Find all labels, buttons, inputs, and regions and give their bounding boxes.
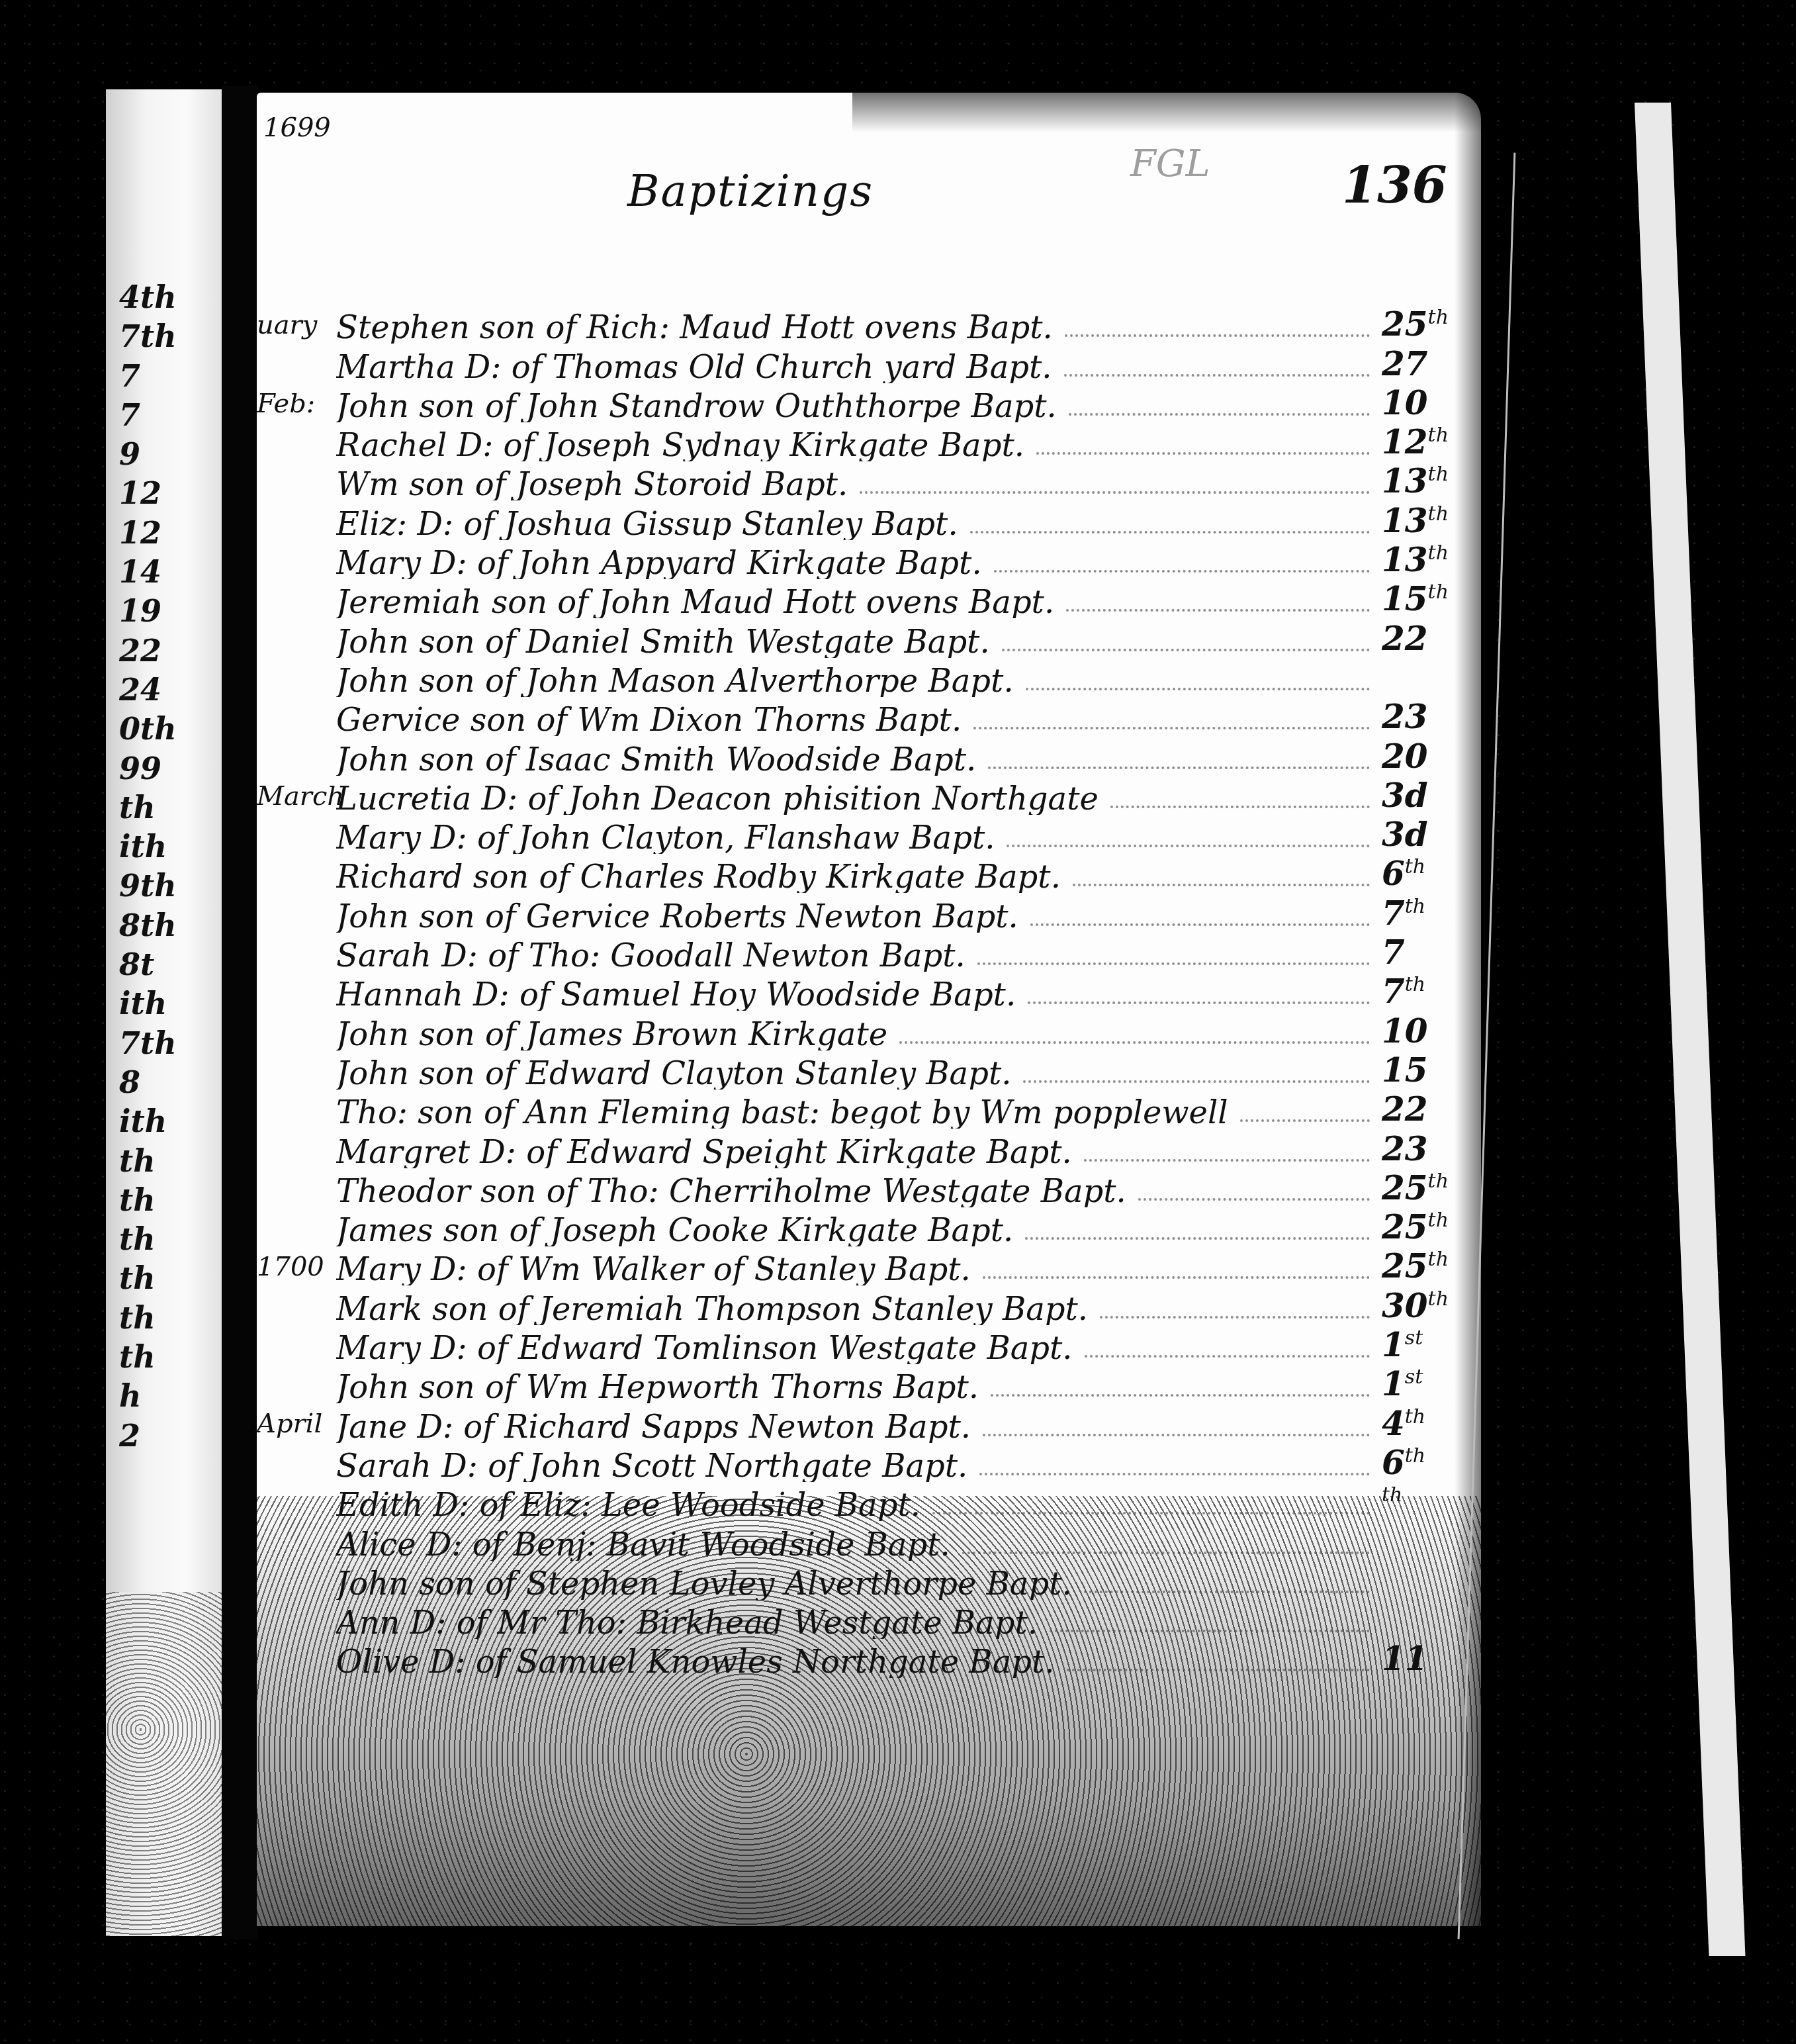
entry-text: John son of James Brown Kirkgate <box>336 1019 887 1050</box>
previous-page-date: 24 <box>119 671 218 710</box>
entry-day: 15th <box>1382 579 1461 618</box>
day-suffix: th <box>1428 1170 1449 1193</box>
entry-text: Lucretia D: of John Deacon phisition Nor… <box>336 783 1099 815</box>
dotted-leader <box>994 570 1370 573</box>
baptism-entry: Tho: son of Ann Fleming bast: begot by W… <box>336 1090 1461 1129</box>
previous-page-date: ith <box>119 1102 218 1141</box>
entry-day: 23 <box>1382 1129 1461 1168</box>
previous-page-date: 19 <box>119 592 218 631</box>
entry-day: 23 <box>1382 697 1461 736</box>
entry-text: Mary D: of John Appyard Kirkgate Bapt. <box>336 547 982 579</box>
book-gutter <box>222 86 258 1939</box>
month-label: Feb: <box>257 389 333 419</box>
day-suffix: th <box>1405 1405 1425 1428</box>
baptism-entry: John son of James Brown Kirkgate10 <box>336 1011 1461 1050</box>
page-number: 136 <box>1342 156 1447 214</box>
day-suffix: th <box>1405 974 1425 997</box>
entry-text: Wm son of Joseph Storoid Bapt. <box>336 469 848 500</box>
entry-text: Sarah D: of John Scott Northgate Bapt. <box>336 1450 967 1482</box>
day-suffix: th <box>1428 1287 1449 1311</box>
entry-text: Tho: son of Ann Fleming bast: begot by W… <box>336 1097 1228 1129</box>
dotted-leader <box>1023 1080 1370 1083</box>
entry-day: 10 <box>1382 1011 1461 1050</box>
entry-text: Eliz: D: of Joshua Gissup Stanley Bapt. <box>336 508 958 540</box>
entry-text: Gervice son of Wm Dixon Thorns Bapt. <box>336 704 962 736</box>
entry-text: Jeremiah son of John Maud Hott ovens Bap… <box>336 586 1054 618</box>
previous-page-date: 8t <box>119 945 218 984</box>
entry-text: James son of Joseph Cooke Kirkgate Bapt. <box>336 1215 1013 1246</box>
entry-text: Sarah D: of Tho: Goodall Newton Bapt. <box>336 940 965 972</box>
entry-day: 13th <box>1382 540 1461 579</box>
entry-day: 3d <box>1382 815 1461 854</box>
baptism-entry: Rachel D: of Joseph Sydnay Kirkgate Bapt… <box>336 422 1461 461</box>
previous-page-date: 12 <box>119 474 218 513</box>
entry-day: 15 <box>1382 1050 1461 1090</box>
entry-text: Stephen son of Rich: Maud Hott ovens Bap… <box>336 312 1053 344</box>
baptism-entry: Sarah D: of Tho: Goodall Newton Bapt.7 <box>336 933 1461 972</box>
previous-page-date: th <box>119 1299 218 1338</box>
dotted-leader <box>860 491 1370 494</box>
entry-day: 7 <box>1382 933 1461 972</box>
entry-day: 30th <box>1382 1286 1461 1325</box>
dotted-leader <box>1085 1355 1370 1358</box>
dotted-leader <box>1100 1316 1370 1319</box>
entry-text: Mary D: of Edward Tomlinson Westgate Bap… <box>336 1332 1073 1364</box>
dotted-leader <box>1066 609 1370 612</box>
dotted-leader <box>1030 923 1370 926</box>
previous-page-date: h <box>119 1377 218 1416</box>
previous-page-date: 0th <box>119 710 218 749</box>
previous-page-date: th <box>119 1338 218 1377</box>
entry-text: Mary D: of John Clayton, Flanshaw Bapt. <box>336 822 995 854</box>
register-page: 1699 Baptizings FGL 136 uaryFeb:March170… <box>257 93 1481 1926</box>
entry-day: th <box>1382 1482 1461 1521</box>
entry-text: John son of Daniel Smith Westgate Bapt. <box>336 626 990 658</box>
day-suffix: th <box>1405 856 1425 879</box>
entry-text: Martha D: of Thomas Old Church yard Bapt… <box>336 351 1052 383</box>
baptism-entry: Stephen son of Rich: Maud Hott ovens Bap… <box>336 304 1461 344</box>
entry-day: 4th <box>1382 1404 1461 1443</box>
entry-text: Margret D: of Edward Speight Kirkgate Ba… <box>336 1137 1072 1168</box>
baptism-entry: Mary D: of Edward Tomlinson Westgate Bap… <box>336 1325 1461 1364</box>
dotted-leader <box>1050 1630 1370 1632</box>
baptism-entry: Mary D: of Wm Walker of Stanley Bapt.25t… <box>336 1246 1461 1285</box>
entry-day: 11 <box>1382 1639 1461 1678</box>
previous-page-date: ith <box>119 827 218 866</box>
day-suffix: st <box>1405 1326 1423 1350</box>
entry-text: Theodor son of Tho: Cherriholme Westgate… <box>336 1176 1126 1207</box>
baptism-entry: John son of Isaac Smith Woodside Bapt.20 <box>336 736 1461 775</box>
dotted-leader <box>1025 1237 1370 1240</box>
entry-text: Ann D: of Mr Tho: Birkhead Westgate Bapt… <box>336 1607 1038 1639</box>
entry-day: 7th <box>1382 894 1461 933</box>
day-suffix: th <box>1428 1209 1449 1232</box>
previous-page-stain <box>106 1592 222 1936</box>
dotted-leader <box>1073 884 1370 886</box>
entry-day: 25th <box>1382 1168 1461 1207</box>
dotted-leader <box>970 531 1370 534</box>
entry-text: Richard son of Charles Rodby Kirkgate Ba… <box>336 861 1061 893</box>
entry-day: 25th <box>1382 1207 1461 1246</box>
dotted-leader <box>1240 1119 1370 1122</box>
entry-day: 27 <box>1382 344 1461 383</box>
dotted-leader <box>973 727 1370 729</box>
month-label: 1700 <box>257 1252 333 1282</box>
month-label: April <box>257 1409 333 1439</box>
dotted-leader <box>983 1276 1370 1279</box>
previous-page-date: ith <box>119 984 218 1023</box>
previous-page-date: th <box>119 1259 218 1298</box>
previous-page-date: 14 <box>119 553 218 592</box>
baptism-entry: John son of Wm Hepworth Thorns Bapt.1st <box>336 1364 1461 1403</box>
previous-page-date: th <box>119 788 218 827</box>
entry-text: John son of Wm Hepworth Thorns Bapt. <box>336 1371 979 1403</box>
baptism-entry: James son of Joseph Cooke Kirkgate Bapt.… <box>336 1207 1461 1246</box>
dotted-leader <box>1084 1591 1370 1593</box>
month-label: March <box>257 781 333 812</box>
previous-page-date: th <box>119 1220 218 1259</box>
entry-text: John son of John Mason Alverthorpe Bapt. <box>336 665 1014 697</box>
dotted-leader <box>962 1552 1370 1554</box>
dotted-leader <box>1110 806 1370 808</box>
dotted-leader <box>979 1473 1370 1475</box>
dotted-leader <box>991 1394 1370 1397</box>
entry-day: 22 <box>1382 1090 1461 1129</box>
entry-text: Rachel D: of Joseph Sydnay Kirkgate Bapt… <box>336 430 1024 461</box>
baptism-entry: Sarah D: of John Scott Northgate Bapt.6t… <box>336 1443 1461 1482</box>
baptism-entry: John son of John Mason Alverthorpe Bapt. <box>336 658 1461 697</box>
previous-page-date: 9 <box>119 435 218 474</box>
day-suffix: th <box>1428 1248 1449 1272</box>
entry-day: 10 <box>1382 383 1461 422</box>
entry-text: Alice D: of Benj: Bavit Woodside Bapt. <box>336 1529 950 1561</box>
baptism-entry: Wm son of Joseph Storoid Bapt.13th <box>336 461 1461 500</box>
previous-page-date: 12 <box>119 514 218 553</box>
page-title: Baptizings <box>627 165 874 216</box>
entry-day: 3d <box>1382 776 1461 815</box>
day-suffix: th <box>1428 541 1449 565</box>
entry-day: 22 <box>1382 619 1461 658</box>
baptism-entries: Stephen son of Rich: Maud Hott ovens Bap… <box>336 304 1461 1678</box>
baptism-entry: Richard son of Charles Rodby Kirkgate Ba… <box>336 854 1461 893</box>
entry-text: Olive D: of Samuel Knowles Northgate Bap… <box>336 1646 1055 1678</box>
day-suffix: th <box>1405 895 1425 918</box>
day-suffix: th <box>1405 1444 1425 1467</box>
entry-text: John son of Gervice Roberts Newton Bapt. <box>336 901 1018 933</box>
entry-day: 7th <box>1382 972 1461 1011</box>
entry-text: John son of John Standrow Ouththorpe Bap… <box>336 391 1057 422</box>
previous-page-date: 7th <box>119 1024 218 1063</box>
dotted-leader <box>899 1041 1370 1044</box>
page-top-shadow <box>852 93 1481 132</box>
baptism-entry: Mary D: of John Clayton, Flanshaw Bapt.3… <box>336 815 1461 854</box>
baptism-entry: John son of Gervice Roberts Newton Bapt.… <box>336 893 1461 932</box>
dotted-leader <box>1026 688 1370 690</box>
previous-page-date: th <box>119 1181 218 1220</box>
dotted-leader <box>1084 1159 1370 1162</box>
dotted-leader <box>983 1434 1370 1436</box>
baptism-entry: Ann D: of Mr Tho: Birkhead Westgate Bapt… <box>336 1600 1461 1639</box>
entry-day: 13th <box>1382 501 1461 540</box>
entry-text: John son of Isaac Smith Woodside Bapt. <box>336 744 976 776</box>
baptism-entry: Mark son of Jeremiah Thompson Stanley Ba… <box>336 1285 1461 1324</box>
previous-page-date: 4th <box>119 278 218 317</box>
baptism-entry: Martha D: of Thomas Old Church yard Bapt… <box>336 344 1461 383</box>
dotted-leader <box>1064 374 1370 377</box>
day-suffix: th <box>1428 502 1449 526</box>
previous-page-date: 2 <box>119 1417 218 1456</box>
entry-day: 1st <box>1382 1325 1461 1364</box>
day-suffix: st <box>1405 1366 1423 1389</box>
baptism-entry: Margret D: of Edward Speight Kirkgate Ba… <box>336 1129 1461 1168</box>
entry-day: 1st <box>1382 1364 1461 1403</box>
day-suffix: th <box>1428 424 1449 447</box>
dotted-leader <box>977 962 1370 965</box>
archive-mark: FGL <box>1130 142 1210 185</box>
entry-text: John son of Stephen Lovley Alverthorpe B… <box>336 1568 1072 1600</box>
day-suffix: th <box>1382 1484 1402 1507</box>
previous-page-date: 99 <box>119 749 218 788</box>
previous-page-date: 8th <box>119 906 218 945</box>
entry-text: John son of Edward Clayton Stanley Bapt. <box>336 1058 1011 1090</box>
previous-page-date: th <box>119 1142 218 1181</box>
entry-day: 20 <box>1382 737 1461 776</box>
baptism-entry: Theodor son of Tho: Cherriholme Westgate… <box>336 1168 1461 1207</box>
previous-page-date: 7 <box>119 357 218 396</box>
previous-page-date: 22 <box>119 631 218 671</box>
baptism-entry: Edith D: of Eliz: Lee Woodside Bapt.th <box>336 1482 1461 1521</box>
entry-text: Jane D: of Richard Sapps Newton Bapt. <box>336 1411 971 1443</box>
entry-day: 13th <box>1382 461 1461 500</box>
baptism-entry: Mary D: of John Appyard Kirkgate Bapt.13… <box>336 540 1461 579</box>
baptism-entry: Lucretia D: of John Deacon phisition Nor… <box>336 776 1461 815</box>
dotted-leader <box>1002 649 1370 651</box>
dotted-leader <box>1138 1198 1370 1201</box>
day-suffix: th <box>1428 581 1449 604</box>
baptism-entry: Hannah D: of Samuel Hoy Woodside Bapt.7t… <box>336 972 1461 1011</box>
previous-page-dates: 4th7th7791212141922240th99thith9th8th8ti… <box>119 278 218 1456</box>
previous-page-date: 9th <box>119 866 218 906</box>
baptism-entry: Jane D: of Richard Sapps Newton Bapt.4th <box>336 1403 1461 1442</box>
previous-page-date: 7 <box>119 396 218 435</box>
entry-text: Edith D: of Eliz: Lee Woodside Bapt. <box>336 1489 920 1521</box>
entry-text: Mark son of Jeremiah Thompson Stanley Ba… <box>336 1293 1088 1325</box>
baptism-entry: Eliz: D: of Joshua Gissup Stanley Bapt.1… <box>336 500 1461 539</box>
previous-page-date: 8 <box>119 1063 218 1102</box>
baptism-entry: John son of John Standrow Ouththorpe Bap… <box>336 383 1461 422</box>
dotted-leader <box>1007 845 1370 847</box>
entry-day: 25th <box>1382 1246 1461 1285</box>
dotted-leader <box>1065 334 1370 337</box>
previous-page-date: 7th <box>119 317 218 356</box>
day-suffix: th <box>1428 463 1449 487</box>
baptism-entry: Gervice son of Wm Dixon Thorns Bapt.23 <box>336 697 1461 736</box>
baptism-entry: John son of Edward Clayton Stanley Bapt.… <box>336 1050 1461 1090</box>
baptism-entry: John son of Stephen Lovley Alverthorpe B… <box>336 1561 1461 1600</box>
dotted-leader <box>1067 1669 1370 1671</box>
entry-day: 6th <box>1382 854 1461 893</box>
baptism-entry: Alice D: of Benj: Bavit Woodside Bapt. <box>336 1521 1461 1560</box>
dotted-leader <box>1036 452 1370 455</box>
page-year: 1699 <box>263 113 331 143</box>
entry-day: 25th <box>1382 304 1461 344</box>
day-suffix: th <box>1428 306 1449 330</box>
baptism-entry: Olive D: of Samuel Knowles Northgate Bap… <box>336 1639 1461 1678</box>
baptism-entry: John son of Daniel Smith Westgate Bapt.2… <box>336 618 1461 657</box>
dotted-leader <box>1069 413 1370 416</box>
month-label: uary <box>257 310 333 340</box>
dotted-leader <box>988 766 1370 769</box>
dotted-leader <box>932 1512 1370 1514</box>
entry-text: Mary D: of Wm Walker of Stanley Bapt. <box>336 1254 971 1285</box>
entry-day: 12th <box>1382 422 1461 461</box>
baptism-entry: Jeremiah son of John Maud Hott ovens Bap… <box>336 579 1461 618</box>
entry-text: Hannah D: of Samuel Hoy Woodside Bapt. <box>336 979 1016 1011</box>
entry-day: 6th <box>1382 1443 1461 1482</box>
dotted-leader <box>1028 1001 1370 1004</box>
